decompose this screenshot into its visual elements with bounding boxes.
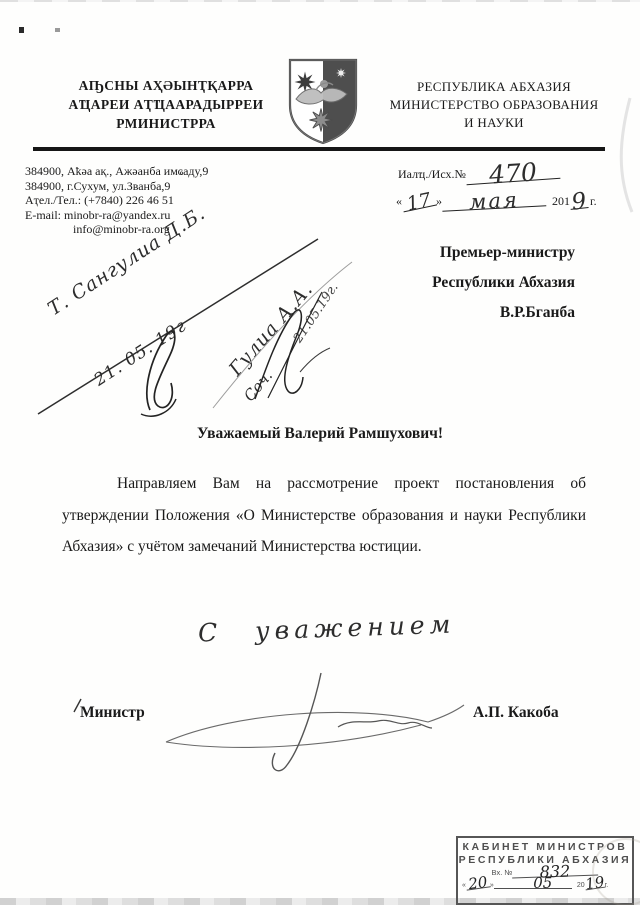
minister-signature-stroke [166,725,421,747]
minister-signature-stroke [272,673,321,771]
letterhead-russian-line: И НАУКИ [362,114,626,132]
addressee-line: В.Р.Бганба [432,298,575,328]
date-year-handwritten: 9 [569,195,588,210]
outgoing-number-row: Иалҵ./Исх.№ 470 [398,167,560,182]
letterhead-russian: РЕСПУБЛИКА АБХАЗИЯ МИНИСТЕРСТВО ОБРАЗОВА… [362,78,626,132]
scan-edge-top [0,0,640,2]
year-prefix: 201 [552,194,570,209]
minister-signature-stroke [338,720,432,728]
contact-line: 384900, Аҟәа ақ., Ажәанба имҩаду,9 [25,164,335,179]
outgoing-number-label: Иалҵ./Исх.№ [398,167,466,182]
signature-1-stroke [141,399,176,416]
addressee-line: Премьер-министру [432,238,575,268]
signature-2-stroke [300,348,330,372]
date-month-handwritten: мая [442,192,547,211]
signer-title: Министр [80,704,145,722]
letterhead-abkhaz: АҦСНЫ АҲӘЫНҬҚАРРА АҴАРЕИ АҬҴААРАДЫРРЕИ Р… [30,76,302,133]
contact-line: 384900, г.Сухум, ул.Званба,9 [25,179,335,194]
coat-of-arms-icon [286,57,360,147]
contact-line: Аҭел./Тел.: (+7840) 226 46 51 [25,193,335,208]
resolution-1-date-handwritten: 21. 05. 19г [91,316,191,391]
stamp-day-handwritten: 20 [465,877,490,890]
stamp-incoming-label: Вх. № [492,868,513,877]
date-row: « 17 » мая 201 9 г. [396,194,597,209]
stamp-year-prefix: 20 [577,882,585,889]
addressee-line: Республики Абхазия [432,268,575,298]
letterhead-russian-line: МИНИСТЕРСТВО ОБРАЗОВАНИЯ [362,96,626,114]
outgoing-number-handwritten: 470 [466,164,561,186]
scan-speck [55,28,60,32]
letter-body: Направляем Вам на рассмотрение проект по… [62,468,586,563]
minister-signature-stroke [166,705,464,742]
letterhead-abkhaz-line: АҴАРЕИ АҬҴААРАДЫРРЕИ [30,95,302,114]
scanned-letter-page: АҦСНЫ АҲӘЫНҬҚАРРА АҴАРЕИ АҬҴААРАДЫРРЕИ Р… [0,0,640,905]
letterhead-abkhaz-line: РМИНИСТРРА [30,114,302,133]
letterhead-abkhaz-line: АҦСНЫ АҲӘЫНҬҚАРРА [30,76,302,95]
addressee-block: Премьер-министру Республики Абхазия В.Р.… [432,238,575,328]
scan-speck [19,27,24,33]
header-divider [33,147,605,151]
closing-handwritten: С уважением [198,610,456,648]
stamp-month-handwritten: 05 [514,879,572,889]
year-suffix: г. [590,194,597,209]
salutation: Уважаемый Валерий Рамшухович! [60,425,580,443]
stamp-blank-underline [494,888,514,889]
letterhead-russian-line: РЕСПУБЛИКА АБХАЗИЯ [362,78,626,96]
date-day-handwritten: 17 [401,193,437,213]
signer-name: А.П. Какоба [473,704,559,722]
